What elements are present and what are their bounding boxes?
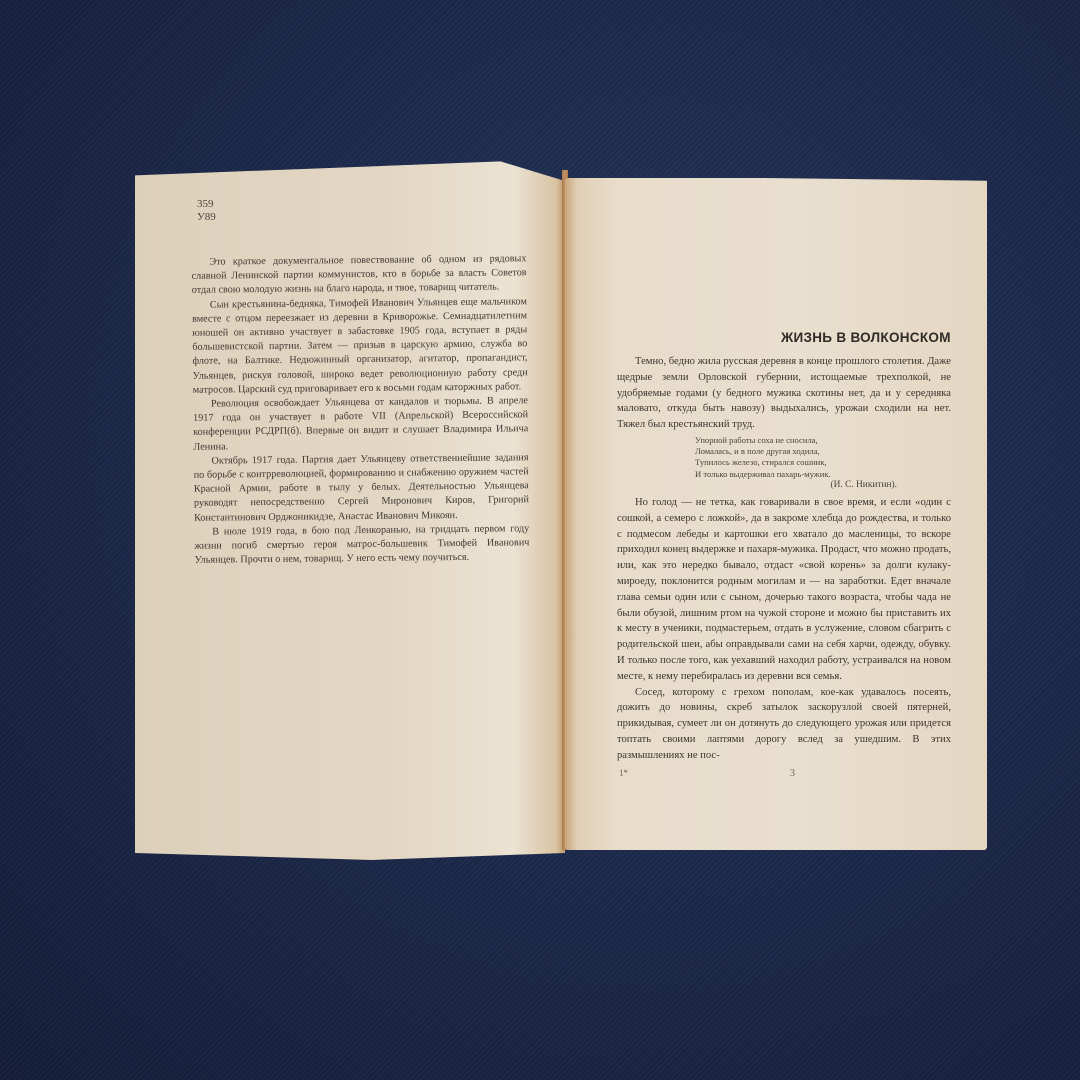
right-page: ЖИЗНЬ В ВОЛКОНСКОМ Темно, бедно жила рус… — [565, 178, 987, 850]
annotation-text: Это краткое документальное повествование… — [191, 252, 529, 568]
annotation-paragraph: В июле 1919 года, в бою под Ленкоранью, … — [194, 522, 529, 568]
poem-line: Ломалась, и в поле другая ходила, — [695, 446, 951, 457]
body-paragraph: Сосед, которому с грехом пополам, кое-ка… — [617, 685, 951, 764]
signature-mark: 1* — [619, 768, 628, 778]
annotation-paragraph: Октябрь 1917 года. Партия дает Ульянцеву… — [193, 451, 529, 526]
poem-attribution: (И. С. Никитин). — [695, 480, 897, 491]
poem-epigraph: Упорной работы соха не сносила, Ломалась… — [695, 435, 951, 491]
chapter-body: Темно, бедно жила русская деревня в конц… — [617, 354, 951, 764]
body-paragraph: Темно, бедно жила русская деревня в конц… — [617, 354, 951, 433]
chapter-title: ЖИЗНЬ В ВОЛКОНСКОМ — [781, 330, 951, 345]
page-number: 3 — [790, 768, 795, 779]
poem-line: И только выдерживал пахарь-мужик. — [695, 469, 951, 480]
annotation-paragraph: Это краткое документальное повествование… — [191, 252, 526, 298]
body-paragraph: Но голод — не тетка, как говаривали в св… — [617, 495, 951, 685]
catalog-code-bbk: 359 — [197, 198, 216, 211]
left-page: 359 У89 Это краткое документальное повес… — [135, 160, 565, 860]
poem-line: Упорной работы соха не сносила, — [695, 435, 951, 446]
annotation-paragraph: Сын крестьянина-бедняка, Тимофей Иванови… — [192, 295, 528, 398]
catalog-code-author: У89 — [197, 211, 216, 224]
annotation-paragraph: Революция освобождает Ульянцева от канда… — [193, 394, 529, 454]
poem-line: Тупилось железо, стирался сошник, — [695, 457, 951, 468]
catalog-codes: 359 У89 — [197, 198, 216, 224]
